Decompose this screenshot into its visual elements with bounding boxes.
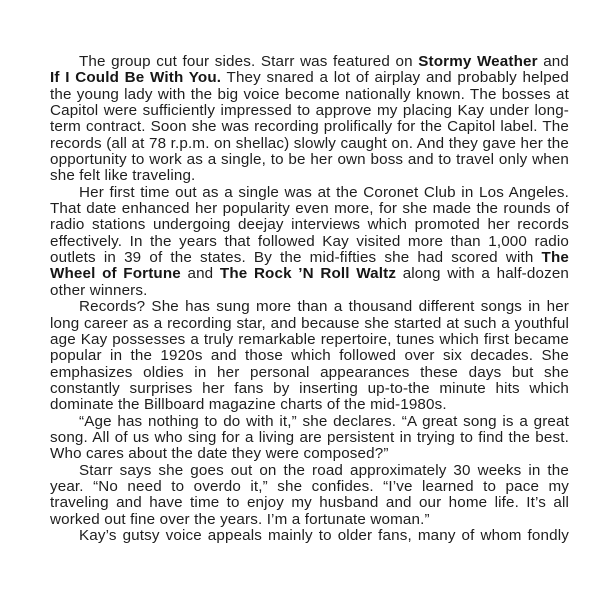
- text-run: Records? She has sung more than a thousa…: [50, 298, 569, 413]
- paragraph-repertoire: Records? She has sung more than a thousa…: [50, 299, 569, 413]
- paragraph-recording-sessions: The group cut four sides. Starr was feat…: [50, 54, 569, 185]
- paragraph-older-fans: Kay’s gutsy voice appeals mainly to olde…: [50, 528, 569, 544]
- text-run: “Age has nothing to do with it,” she dec…: [50, 413, 569, 463]
- paragraph-coronet-club: Her first time out as a single was at th…: [50, 185, 569, 299]
- song-title: Stormy Weather: [418, 53, 537, 70]
- song-title: If I Could Be With You.: [50, 69, 221, 86]
- paragraph-touring: Starr says she goes out on the road appr…: [50, 463, 569, 528]
- document-page: The group cut four sides. Starr was feat…: [50, 54, 569, 544]
- song-title: The Rock ’N Roll Waltz: [220, 265, 396, 282]
- text-run: and: [538, 53, 569, 70]
- text-run: and: [181, 265, 220, 282]
- text-run: The group cut four sides. Starr was feat…: [79, 53, 418, 70]
- text-run: They snared a lot of airplay and probabl…: [50, 69, 569, 184]
- text-run: Kay’s gutsy voice appeals mainly to olde…: [79, 527, 569, 544]
- text-run: Her first time out as a single was at th…: [50, 184, 569, 266]
- text-run: Starr says she goes out on the road appr…: [50, 462, 569, 528]
- paragraph-quote-age: “Age has nothing to do with it,” she dec…: [50, 414, 569, 463]
